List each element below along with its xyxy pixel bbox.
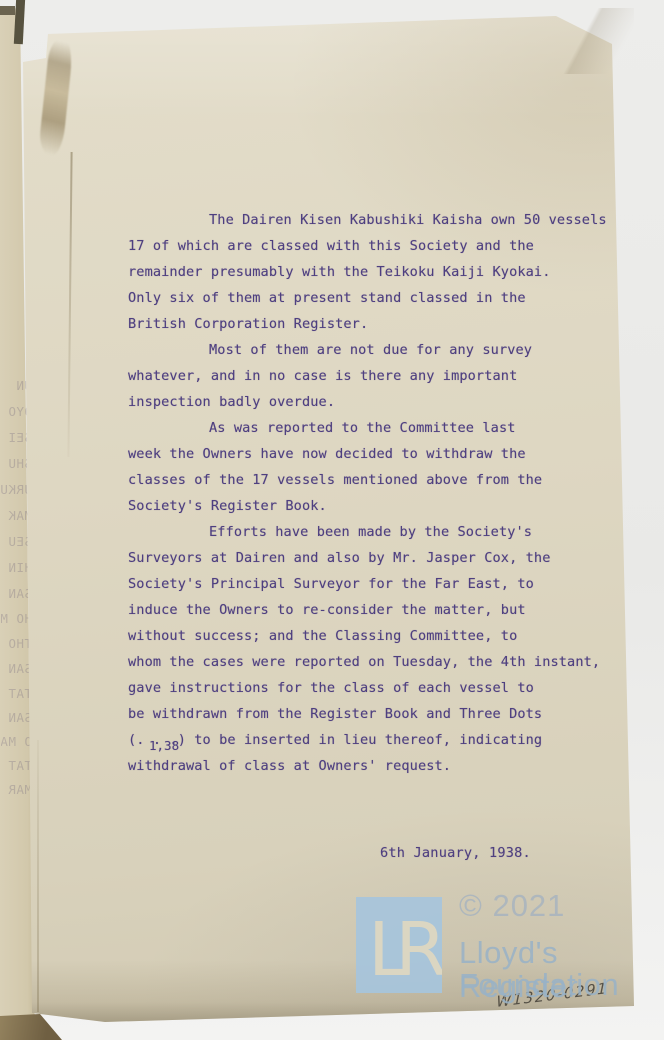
typed-line: gave instructions for the class of each … [128,675,614,701]
bleed-through-fragment: SAN [1,662,32,676]
binding-strip-icon [0,6,15,15]
typed-line: Surveyors at Dairen and also by Mr. Jasp… [128,545,614,571]
bleed-through-fragment: TAT M [1,759,32,773]
typed-line: 17 of which are classed with this Societ… [128,233,614,259]
typed-insertion-note: 1,38 [149,738,179,753]
typed-line: As was reported to the Committee last [128,415,614,441]
typed-line: Only six of them at present stand classe… [128,285,614,311]
bleed-through-fragment: TAT [1,687,32,701]
typed-line: classes of the 17 vessels mentioned abov… [128,467,614,493]
typed-line: without success; and the Classing Commit… [128,623,614,649]
bleed-through-fragment: MAR [1,783,32,797]
typed-line: withdrawal of class at Owners' request. [128,753,614,779]
bleed-through-fragment: O MAR [1,735,32,749]
photo-background: UNOYOSEISHUURKUMAKSEUHINSANHO MTHOSANTAT… [0,0,664,1040]
typed-text-block: The Dairen Kisen Kabushiki Kaisha own 50… [128,207,614,779]
typed-line: Society's Principal Surveyor for the Far… [128,571,614,597]
folded-corner-shading [542,8,634,74]
bleed-through-fragment: SAN [1,587,32,601]
underlying-page-corner [0,1014,62,1040]
bleed-through-fragment: HO M [1,612,32,626]
typed-line: (. . .) to be inserted in lieu thereof, … [128,727,614,753]
typed-line: inspection badly overdue. [128,389,614,415]
crease-line [37,740,39,1012]
bleed-through-fragment: HIN [1,561,32,575]
typed-line: whatever, and in no case is there any im… [128,363,614,389]
typed-line: The Dairen Kisen Kabushiki Kaisha own 50… [128,207,614,233]
typed-line: week the Owners have now decided to with… [128,441,614,467]
typed-line: be withdrawn from the Register Book and … [128,701,614,727]
bleed-through-fragment: SAN M [1,711,32,725]
bleed-through-fragment: SEU [1,535,32,549]
date-line: 6th January, 1938. [380,845,531,861]
typed-line: whom the cases were reported on Tuesday,… [128,649,614,675]
typed-line: Most of them are not due for any survey [128,337,614,363]
typed-line: remainder presumably with the Teikoku Ka… [128,259,614,285]
bleed-through-fragment: THO [1,637,32,651]
typed-line: Efforts have been made by the Society's [128,519,614,545]
typed-line: British Corporation Register. [128,311,614,337]
typed-line: Society's Register Book. [128,493,614,519]
typed-line: induce the Owners to re-consider the mat… [128,597,614,623]
